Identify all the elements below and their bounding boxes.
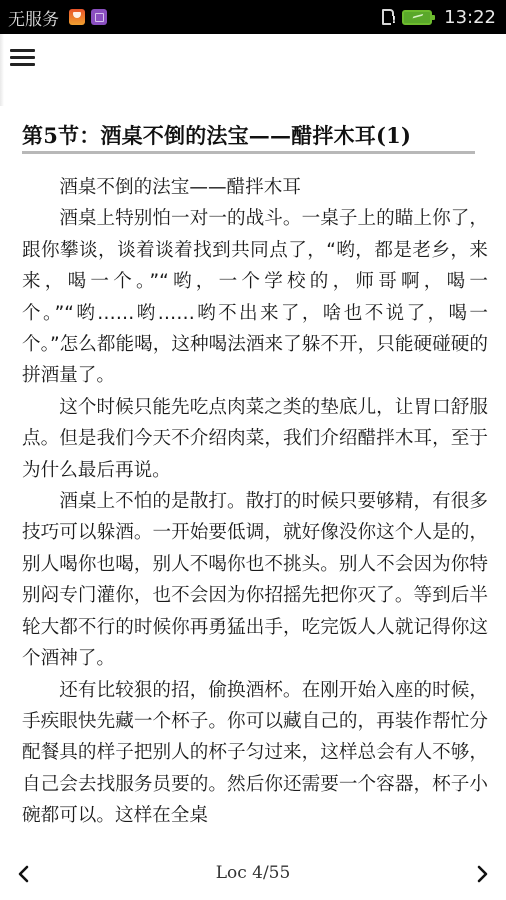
menu-line xyxy=(10,63,35,66)
menu-line xyxy=(10,49,35,52)
hamburger-menu-icon[interactable] xyxy=(10,46,36,68)
sim-alert-icon xyxy=(382,9,394,25)
chapter-title: 第5节：酒桌不倒的法宝——醋拌木耳(1) xyxy=(22,120,482,152)
status-bar: 无服务 13:22 xyxy=(0,0,506,34)
menu-line xyxy=(10,56,35,59)
status-right: 13:22 xyxy=(382,0,496,34)
paragraph: 这个时候只能先吃点肉菜之类的垫底儿，让胃口舒服点。但是我们今天不介绍肉菜，我们介… xyxy=(22,392,488,486)
status-left: 无服务 xyxy=(8,0,107,34)
paragraph: 还有比较狠的招，偷换酒杯。在刚开始入座的时候，手疾眼快先藏一个杯子。你可以藏自己… xyxy=(22,675,488,832)
next-page-button[interactable] xyxy=(470,862,494,886)
reading-content: 酒桌不倒的法宝——醋拌木耳 酒桌上特别怕一对一的战斗。一桌子上的瞄上你了，跟你攀… xyxy=(22,172,488,832)
paragraph: 酒桌不倒的法宝——醋拌木耳 xyxy=(22,172,488,203)
chapter-title-underline xyxy=(22,151,475,154)
status-clock: 13:22 xyxy=(444,7,496,28)
carrier-label: 无服务 xyxy=(8,5,59,30)
location-indicator: Loc 4/55 xyxy=(0,863,506,883)
page-navigation: Loc 4/55 xyxy=(0,850,506,900)
orange-app-notification-icon xyxy=(69,9,85,25)
purple-app-notification-icon xyxy=(91,9,107,25)
drawer-edge xyxy=(0,34,4,106)
paragraph: 酒桌上不怕的是散打。散打的时候只要够精，有很多技巧可以躲酒。一开始要低调，就好像… xyxy=(22,486,488,674)
chevron-right-icon xyxy=(470,862,494,886)
paragraph: 酒桌上特别怕一对一的战斗。一桌子上的瞄上你了，跟你攀谈，谈着谈着找到共同点了，“… xyxy=(22,203,488,391)
battery-charging-icon xyxy=(402,10,432,25)
